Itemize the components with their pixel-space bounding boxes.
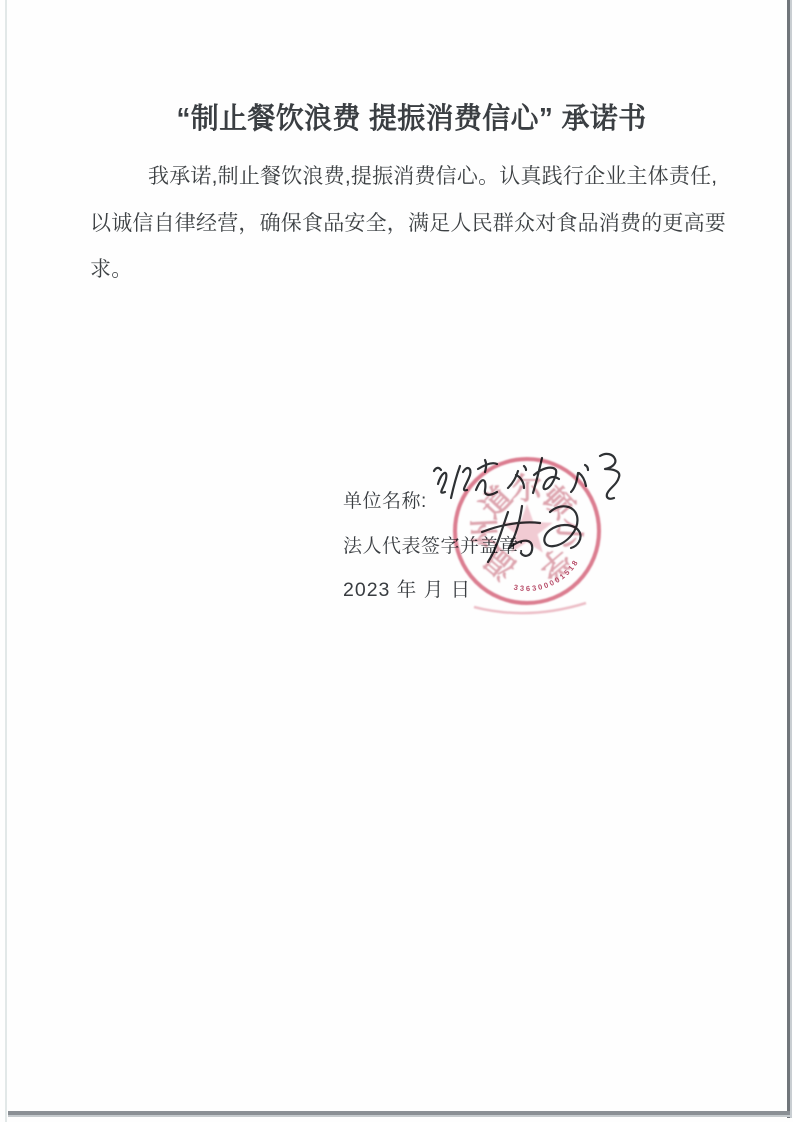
scanned-document-page: “制止餐饮浪费 提振消费信心” 承诺书 我承诺,制止餐饮浪费,提振消费信心。认真…: [0, 0, 793, 1122]
seal-char: 尔: [512, 472, 542, 506]
legal-rep-signature-label: 法人代表签字并盖章:: [343, 531, 524, 558]
pledge-paragraph: 我承诺,制止餐饮浪费,提振消费信心。认真践行企业主体责任, 以诚信自律经营，确保…: [90, 154, 722, 294]
date-line: 2023 年 月 日: [343, 574, 471, 602]
handwritten-unit-name: [430, 446, 625, 508]
pledge-line-1: 我承诺,制止餐饮浪费,提振消费信心。认真践行企业主体责任,: [90, 154, 722, 201]
pledge-line-2: 以诚信自律经营，确保食品安全，满足人民群众对食品消费的更高要: [90, 201, 722, 248]
unit-name-label: 单位名称:: [343, 486, 427, 513]
scan-edge-left: [5, 0, 7, 1122]
seal-char: 道: [474, 480, 519, 524]
seal-serial-number: 336300001518: [513, 557, 581, 593]
scan-edge-right-shadow: [790, 0, 792, 1118]
seal-smudge-arc: [474, 603, 586, 613]
pledge-line-3: 求。: [90, 247, 722, 294]
scan-edge-bottom-shadow: [8, 1115, 790, 1117]
document-title: “制止餐饮浪费 提振消费信心” 承诺书: [31, 96, 792, 137]
seal-char: 顿: [535, 480, 580, 525]
seal-char: 小: [551, 517, 586, 550]
seal-char: 学: [532, 541, 576, 586]
seal-ring-text: 温 州 道 尔 顿 小 学: [468, 472, 585, 585]
